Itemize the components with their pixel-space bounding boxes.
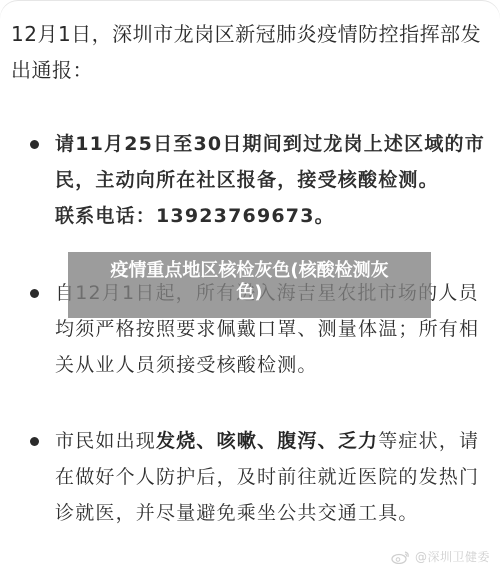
symptom-list: 发烧、咳嗽、腹泻、乏力 bbox=[156, 430, 378, 452]
bullet-icon bbox=[30, 140, 39, 149]
contact-phone: 联系电话：13923769673。 bbox=[55, 205, 335, 227]
source-watermark: @深圳卫健委 bbox=[391, 548, 490, 565]
announcement-heading: 12月1日，深圳市龙岗区新冠肺炎疫情防控指挥部发出通报： bbox=[11, 16, 491, 88]
report-instruction: 请11月25日至30日期间到过龙岗上述区域的市民，主动向所在社区报备，接受核酸检… bbox=[55, 133, 485, 191]
overlay-title-line-1: 疫情重点地区核检灰色(核酸检测灰 bbox=[68, 260, 431, 282]
list-item-text: 请11月25日至30日期间到过龙岗上述区域的市民，主动向所在社区报备，接受核酸检… bbox=[55, 126, 495, 234]
symptom-advice-prefix: 市民如出现 bbox=[55, 430, 156, 452]
title-overlay-banner: 疫情重点地区核检灰色(核酸检测灰 色) bbox=[68, 252, 431, 318]
document-card: 12月1日，深圳市龙岗区新冠肺炎疫情防控指挥部发出通报： 请11月25日至30日… bbox=[0, 0, 500, 571]
list-item-text: 市民如出现发烧、咳嗽、腹泻、乏力等症状，请在做好个人防护后，及时前往就近医院的发… bbox=[55, 423, 495, 531]
watermark-text: @深圳卫健委 bbox=[415, 548, 490, 565]
bullet-icon bbox=[30, 437, 39, 446]
weibo-icon bbox=[391, 550, 411, 564]
overlay-title-line-2: 色) bbox=[68, 282, 431, 304]
bullet-icon bbox=[30, 289, 39, 298]
